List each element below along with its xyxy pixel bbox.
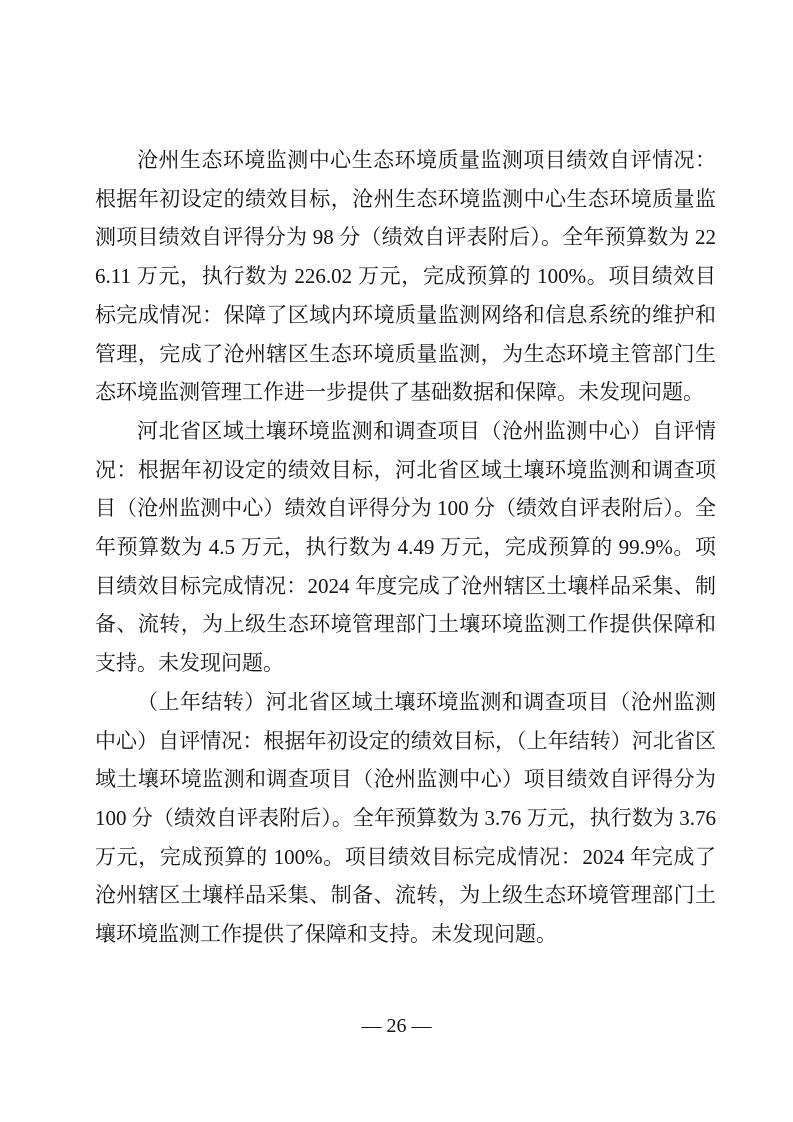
paragraph-performance-self-eval-1: 沧州生态环境监测中心生态环境质量监测项目绩效自评情况：根据年初设定的绩效目标，沧…: [95, 141, 716, 412]
paragraph-performance-self-eval-2: 河北省区域土壤环境监测和调查项目（沧州监测中心）自评情况：根据年初设定的绩效目标…: [95, 412, 716, 683]
document-body: 沧州生态环境监测中心生态环境质量监测项目绩效自评情况：根据年初设定的绩效目标，沧…: [95, 141, 716, 954]
document-page: 沧州生态环境监测中心生态环境质量监测项目绩效自评情况：根据年初设定的绩效目标，沧…: [0, 0, 793, 1122]
paragraph-performance-self-eval-3: （上年结转）河北省区域土壤环境监测和调查项目（沧州监测中心）自评情况：根据年初设…: [95, 683, 716, 954]
page-number: — 26 —: [0, 1012, 793, 1040]
